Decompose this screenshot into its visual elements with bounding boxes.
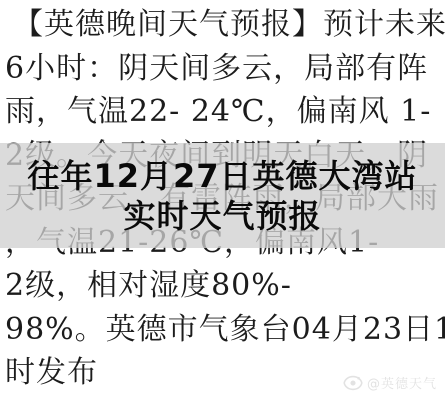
watermark-text: @英德天气	[367, 373, 437, 392]
forecast-line: 6小时：阴天间多云，局部有阵	[5, 47, 445, 91]
forecast-line: 98%。英德市气象台04月23日17	[5, 308, 445, 352]
forecast-line: 2级，相对湿度80%-	[5, 264, 445, 308]
watermark: @英德天气	[343, 373, 437, 392]
banner-title-line-2: 实时天气预报	[123, 196, 321, 236]
weather-forecast-image: 【英德晚间天气预报】预计未来 6小时：阴天间多云，局部有阵 雨，气温22- 24…	[0, 0, 445, 400]
weibo-eye-icon	[343, 375, 363, 391]
forecast-line: 雨，气温22- 24℃，偏南风 1-	[5, 90, 445, 134]
forecast-line: 【英德晚间天气预报】预计未来	[5, 3, 445, 47]
banner-title-line-1: 往年12月27日英德大湾站	[27, 156, 417, 196]
title-banner-overlay: 往年12月27日英德大湾站 实时天气预报	[0, 143, 445, 248]
